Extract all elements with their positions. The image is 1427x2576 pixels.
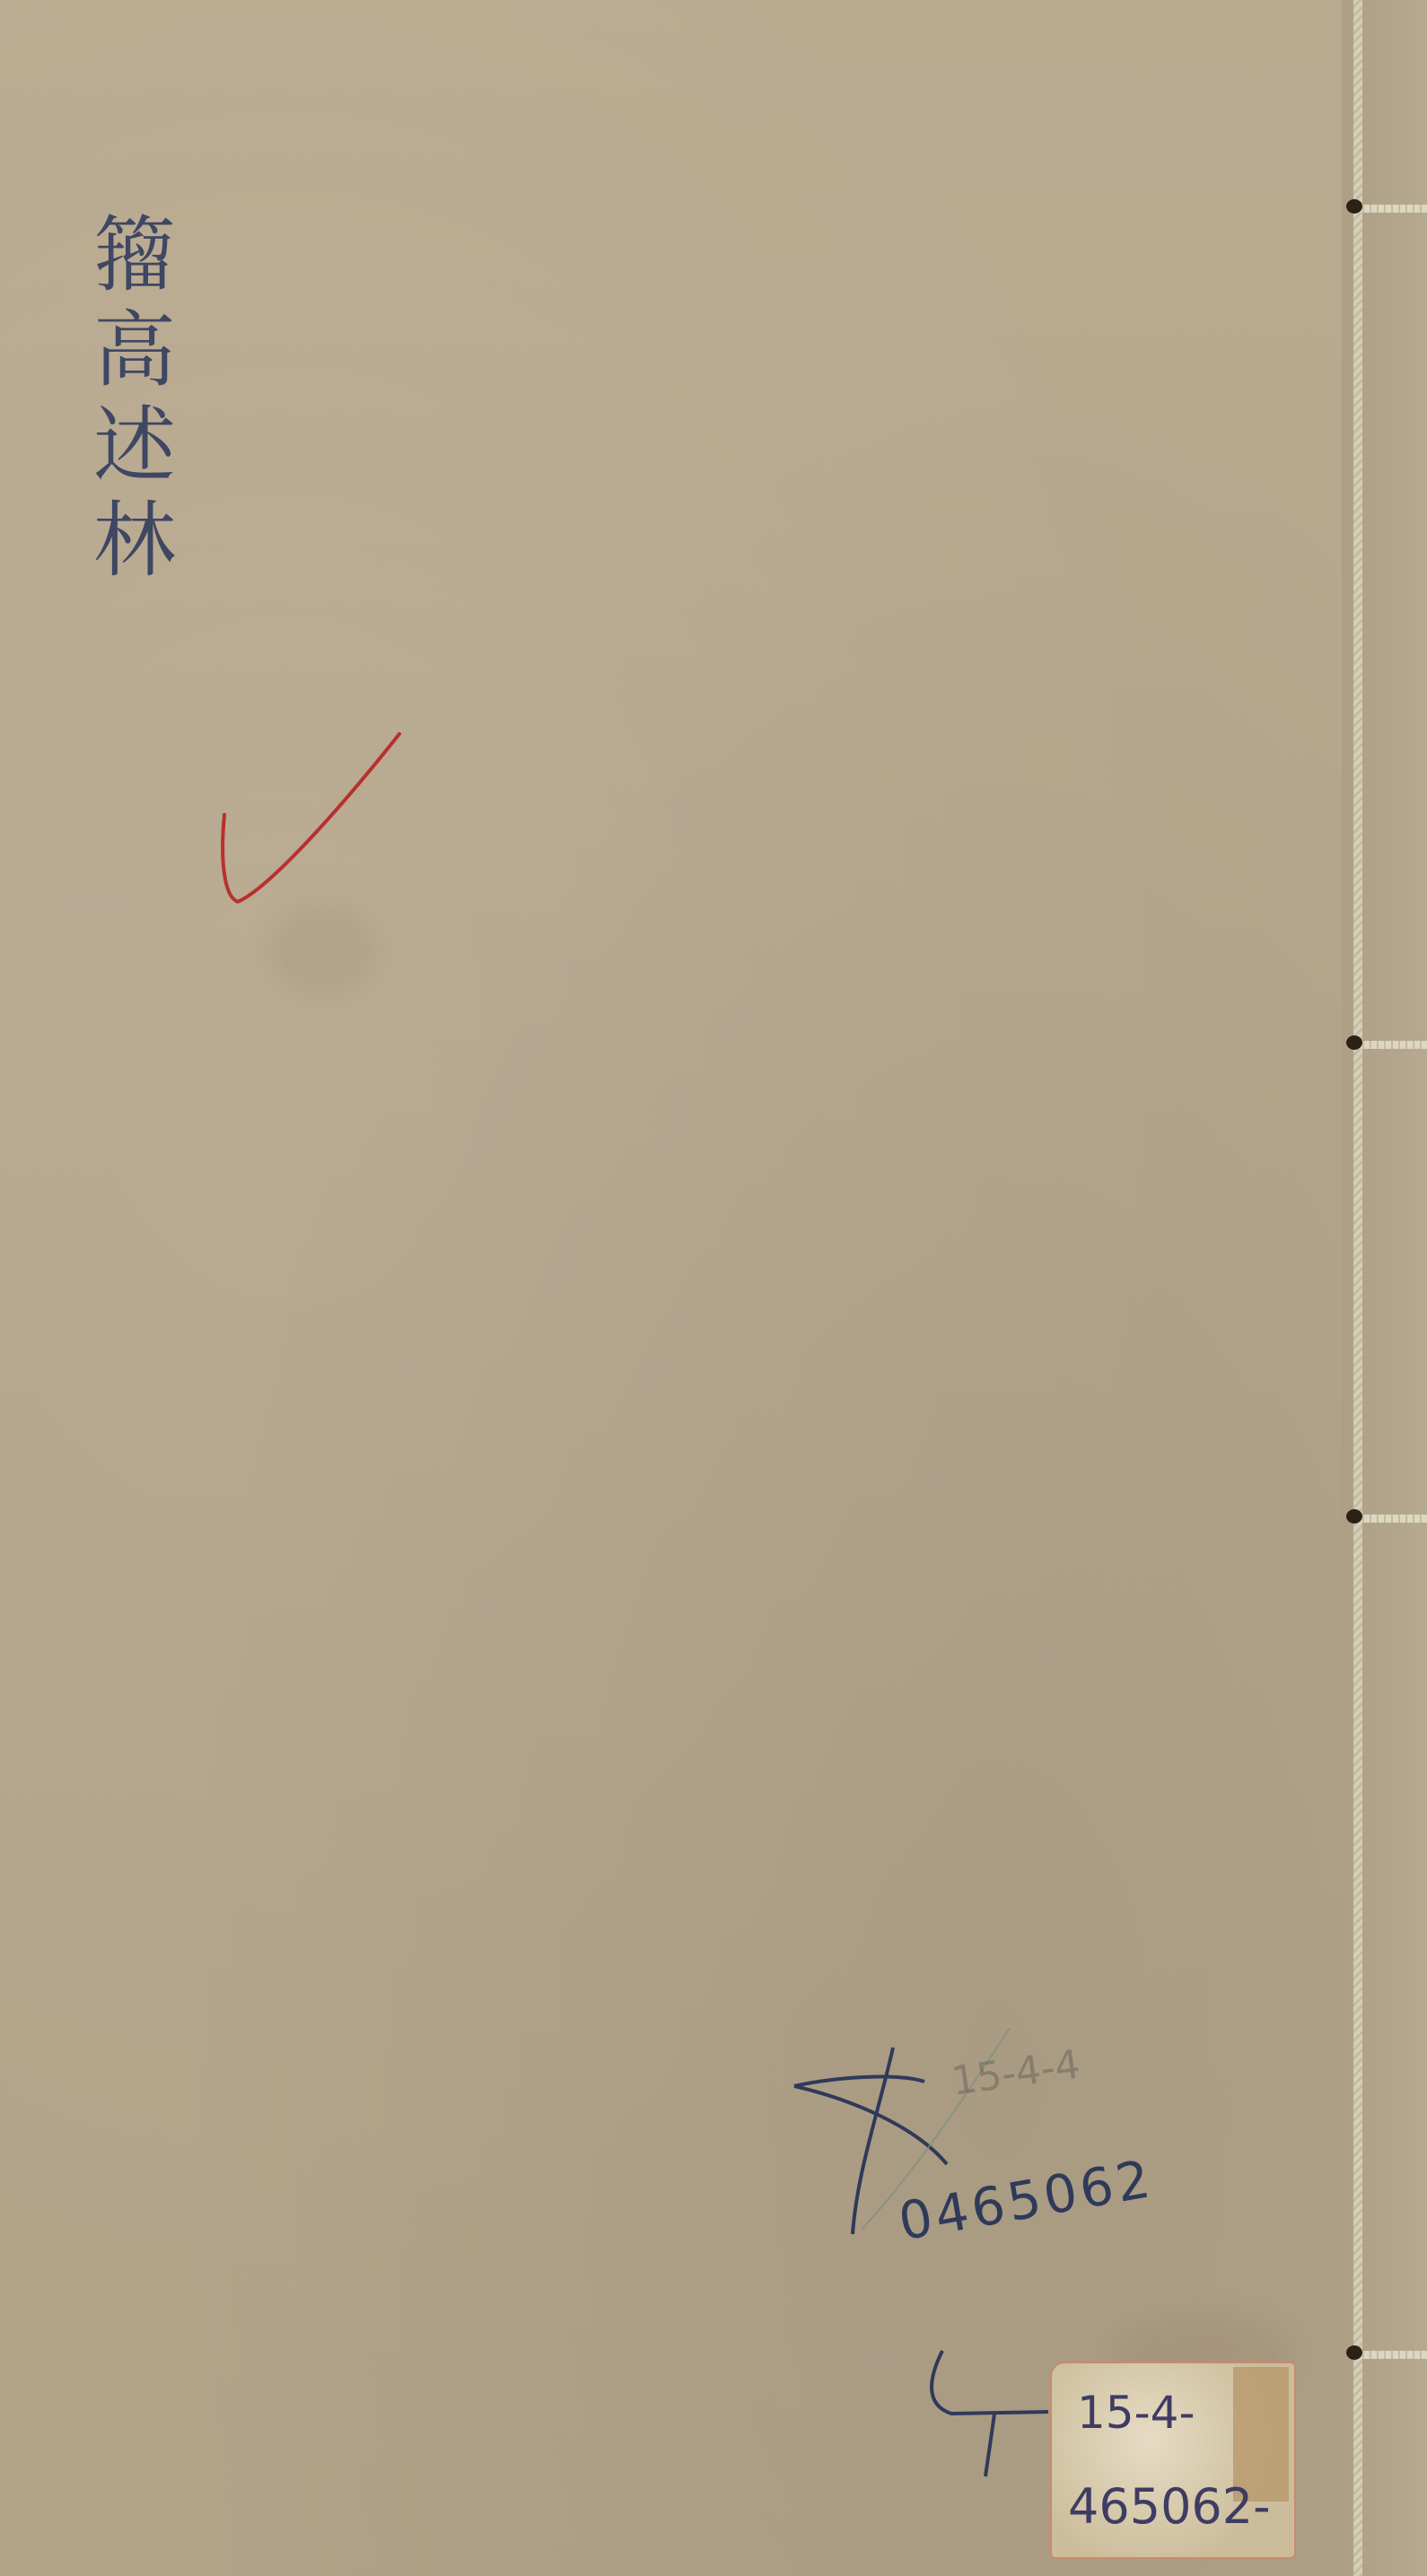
label-line-2: 465062- bbox=[1068, 2478, 1271, 2535]
bracket-mark-icon bbox=[932, 2351, 1048, 2414]
ink-marks bbox=[0, 0, 1427, 2576]
red-checkmark-icon bbox=[223, 734, 399, 902]
label-line-1: 15-4- bbox=[1077, 2387, 1195, 2439]
shelf-label: 15-4- 465062- bbox=[1050, 2362, 1296, 2559]
